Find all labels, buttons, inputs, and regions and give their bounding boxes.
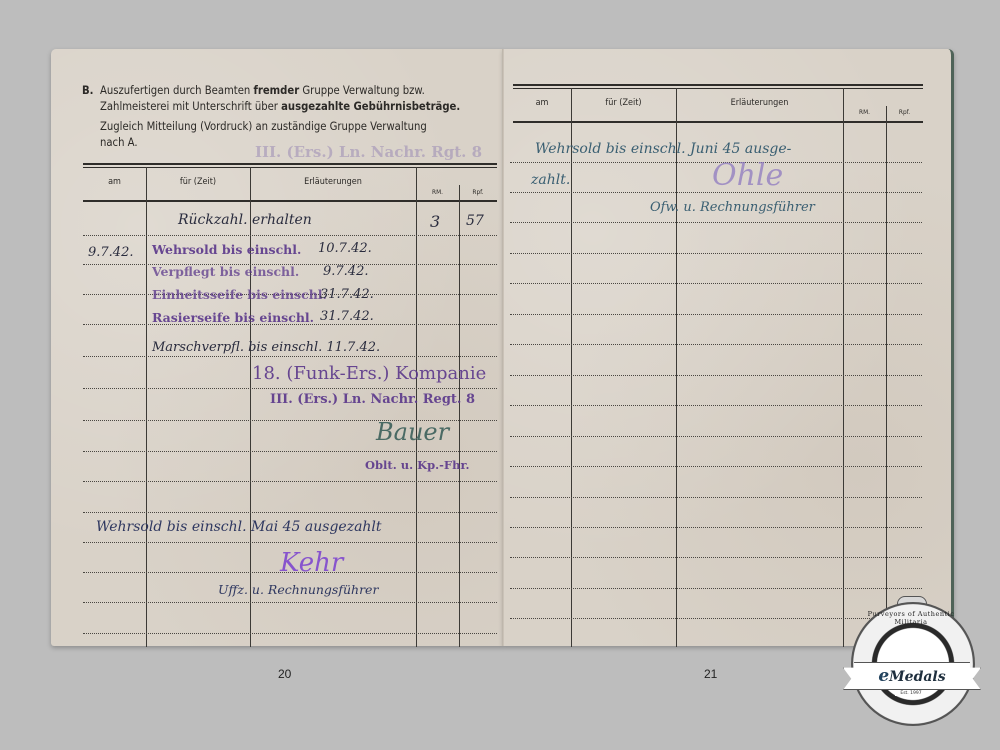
row-line [83,542,497,543]
row-line [83,633,497,634]
logo-established: Est. 1997 [895,691,927,696]
column-divider [843,88,844,647]
row-line [510,497,922,498]
instruction-block: B. Auszufertigen durch Beamten fremder G… [82,83,497,151]
section-label: B. [82,83,94,99]
row-line [510,557,922,558]
row-line [83,451,497,452]
row-line [510,375,922,376]
header-fuer-zeit: für (Zeit) [146,177,250,187]
logo-wordmark: eMedals [878,669,945,685]
column-divider [571,88,572,647]
row-line [510,344,922,345]
signature-paymaster-right: Ohle [712,158,783,193]
header-rm: RM. [843,108,886,116]
column-divider [459,185,460,647]
row-line [83,388,497,389]
entry-date: 9.7.42. [88,245,133,260]
logo-banner: eMedals [843,662,981,690]
row-line [83,512,497,513]
header-am: am [83,177,146,187]
header-top-rule [513,84,923,86]
row-line [510,588,922,589]
row-line [510,222,922,223]
header-erlaeuterungen: Erläuterungen [250,177,416,187]
row-line [510,405,922,406]
logo-tagline: Purveyors of Authentic Militaria [865,610,957,626]
amount-rm: 3 [430,212,440,231]
header-rpf: Rpf. [459,188,497,196]
row-line [510,283,922,284]
row-line [510,314,922,315]
stamp-rasierseife-label: Rasierseife bis einschl. [152,310,314,325]
handwritten-payment-note: Wehrsold bis einschl. Mai 45 ausgezahlt [96,519,382,535]
header-rm: RM. [416,188,459,196]
faded-unit-stamp: III. (Ers.) Ln. Nachr. Rgt. 8 [255,143,482,161]
header-fuer-zeit: für (Zeit) [571,98,676,108]
commander-title-stamp: Oblt. u. Kp.-Fhr. [365,458,469,472]
header-top-rule-thin [513,88,923,89]
stamp-rasierseife-value: 31.7.42. [320,309,374,324]
emedals-watermark-logo: Purveyors of Authentic Militaria eMedals… [843,596,979,732]
amount-rpf: 57 [466,213,484,229]
paymaster-title-right: Ofw. u. Rechnungsführer [650,200,815,215]
column-divider [250,167,251,647]
signature-company-commander: Bauer [376,418,449,446]
column-divider [146,167,147,647]
header-rpf: Rpf. [886,108,923,116]
unit-stamp-regiment: III. (Ers.) Ln. Nachr. Regt. 8 [270,392,475,407]
header-top-rule [83,163,497,165]
header-bottom-rule [513,121,923,123]
page-number-left: 20 [278,667,291,681]
header-erlaeuterungen: Erläuterungen [676,98,843,108]
column-divider [886,106,887,647]
row-line [510,253,922,254]
unit-stamp-company: 18. (Funk-Ers.) Kompanie [252,363,486,384]
column-divider [676,88,677,647]
march-rations-note: Marschverpfl. bis einschl. 11.7.42. [152,340,380,355]
paymaster-title-left: Uffz. u. Rechnungsführer [218,582,378,597]
row-line [83,356,497,357]
signature-paymaster-left: Kehr [280,548,343,578]
stamp-wehrsold-value: 10.7.42. [318,241,372,256]
row-line [83,602,497,603]
book-spine [502,49,504,646]
page-number-right: 21 [704,667,717,681]
handwritten-refund-note: Rückzahl. erhalten [178,212,312,228]
header-am: am [513,98,571,108]
stamp-verpflegt-label: Verpflegt bis einschl. [152,264,299,279]
stamp-wehrsold-label: Wehrsold bis einschl. [152,242,301,257]
row-line [510,527,922,528]
row-line [83,481,497,482]
instruction-line-1: Auszufertigen durch Beamten fremder Grup… [100,83,497,99]
column-divider [416,167,417,647]
handwritten-payment-note-line2: zahlt. [531,172,570,188]
stamp-verpflegt-value: 9.7.42. [323,264,368,279]
row-line [510,436,922,437]
row-line [510,466,922,467]
instruction-line-2: Zahlmeisterei mit Unterschrift über ausg… [100,99,497,115]
instruction-line-3: Zugleich Mitteilung (Vordruck) an zustän… [100,119,497,135]
handwritten-payment-note-line1: Wehrsold bis einschl. Juni 45 ausge- [535,141,791,157]
stamp-einheitsseife-label: Einheitsseife bis einschl. [152,287,327,302]
stamp-einheitsseife-value: 31.7.42. [320,287,374,302]
row-line [83,235,497,236]
